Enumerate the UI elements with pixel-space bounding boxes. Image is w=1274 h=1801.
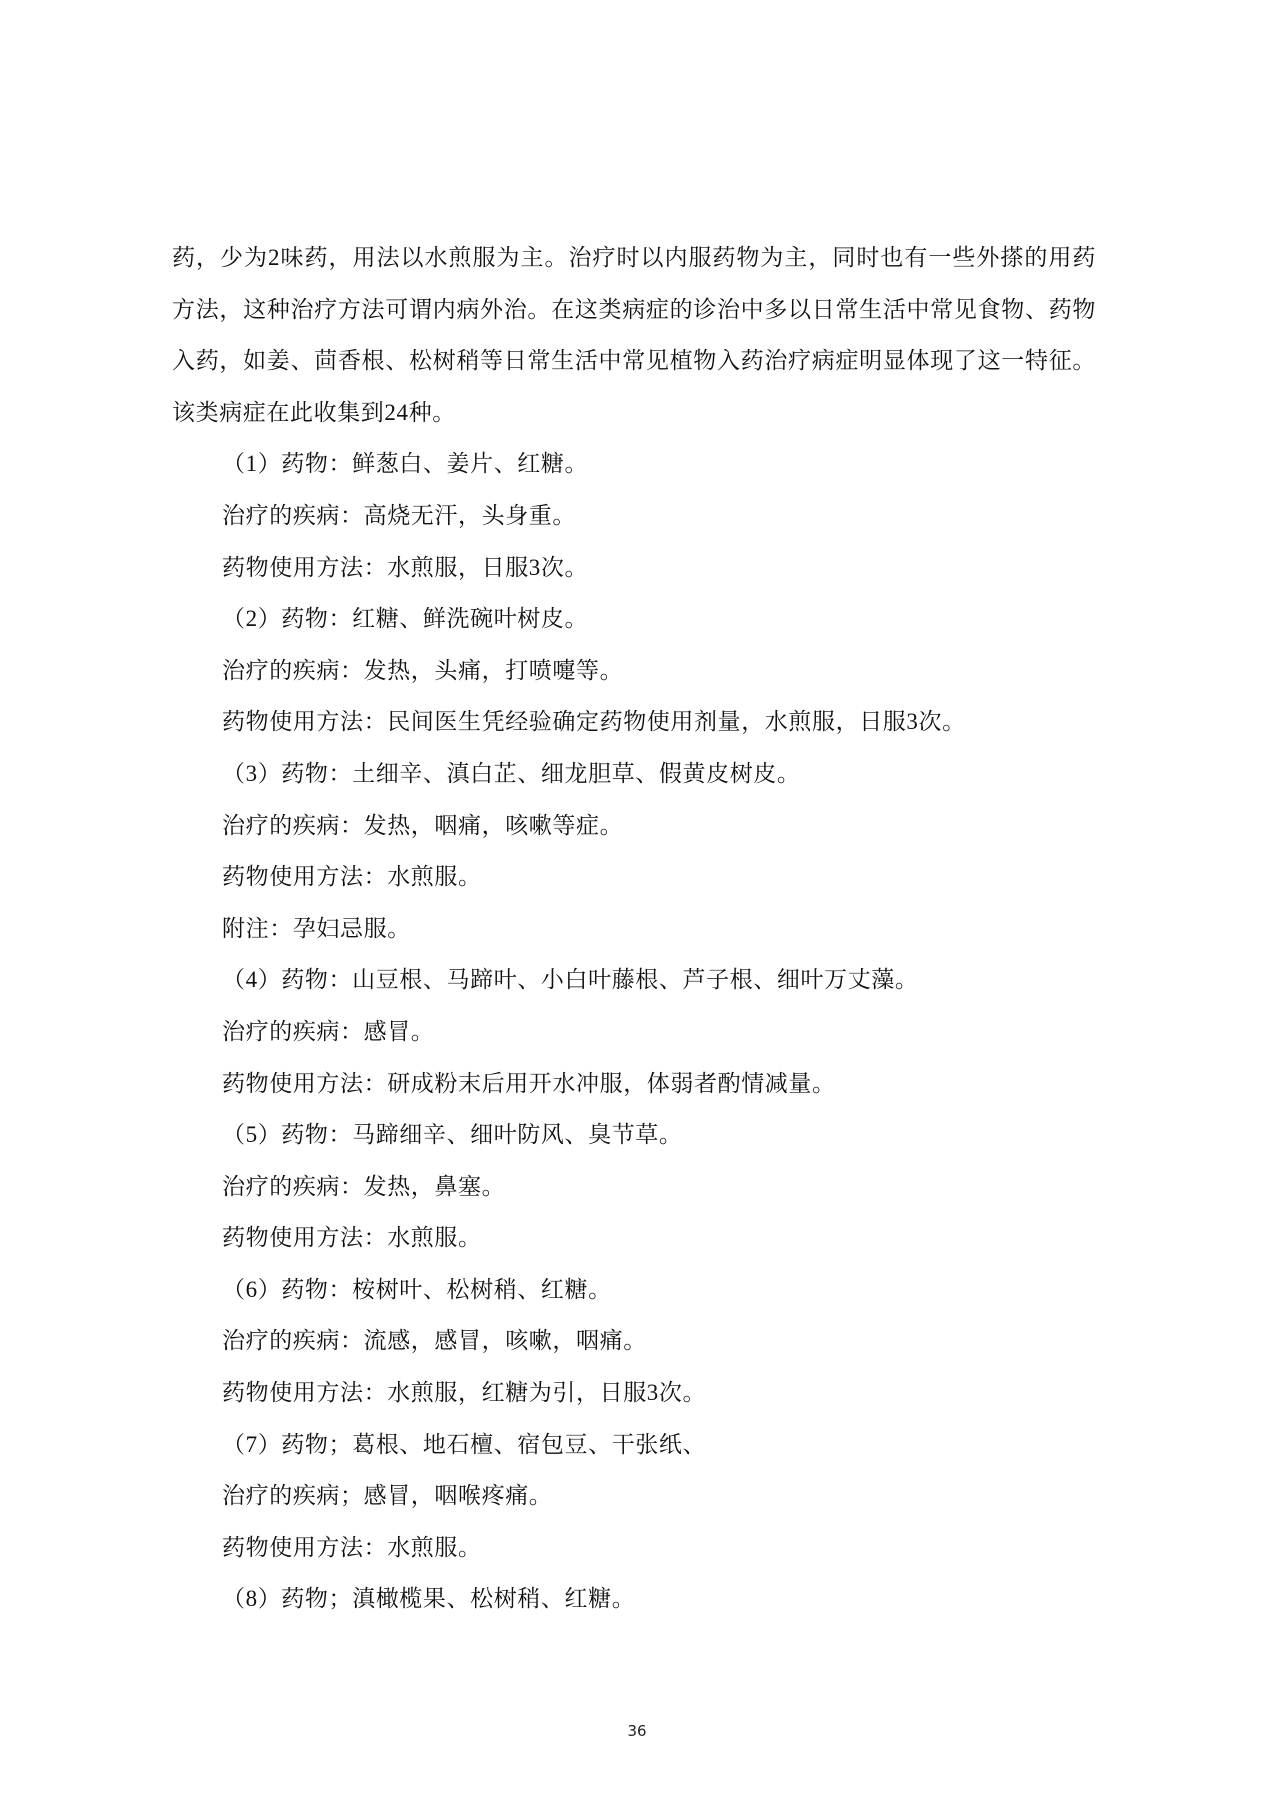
entry-3-usage: 药物使用方法：水煎服。 xyxy=(172,851,1096,903)
entry-4-disease: 治疗的疾病：感冒。 xyxy=(172,1006,1096,1058)
body-text: 药，少为2味药，用法以水煎服为主。治疗时以内服药物为主，同时也有一些外搽的用药方… xyxy=(172,232,1096,1625)
entry-6-medicine: （6）药物：桉树叶、松树稍、红糖。 xyxy=(172,1264,1096,1316)
entry-3-disease: 治疗的疾病：发热，咽痛，咳嗽等症。 xyxy=(172,800,1096,852)
entry-1-disease: 治疗的疾病：高烧无汗，头身重。 xyxy=(172,490,1096,542)
entry-1-usage: 药物使用方法：水煎服，日服3次。 xyxy=(172,542,1096,594)
entry-2-usage: 药物使用方法：民间医生凭经验确定药物使用剂量，水煎服，日服3次。 xyxy=(172,696,1096,748)
document-page: 药，少为2味药，用法以水煎服为主。治疗时以内服药物为主，同时也有一些外搽的用药方… xyxy=(0,0,1274,1801)
entry-1-medicine: （1）药物：鲜葱白、姜片、红糖。 xyxy=(172,438,1096,490)
entry-8-medicine: （8）药物；滇橄榄果、松树稍、红糖。 xyxy=(172,1573,1096,1625)
entry-7-disease: 治疗的疾病；感冒，咽喉疼痛。 xyxy=(172,1470,1096,1522)
entry-2-disease: 治疗的疾病：发热，头痛，打喷嚏等。 xyxy=(172,645,1096,697)
entry-6-usage: 药物使用方法：水煎服，红糖为引，日服3次。 xyxy=(172,1367,1096,1419)
entry-7-usage: 药物使用方法：水煎服。 xyxy=(172,1522,1096,1574)
entry-4-medicine: （4）药物：山豆根、马蹄叶、小白叶藤根、芦子根、细叶万丈藻。 xyxy=(172,954,1096,1006)
entry-5-medicine: （5）药物：马蹄细辛、细叶防风、臭节草。 xyxy=(172,1109,1096,1161)
entry-3-medicine: （3）药物：土细辛、滇白芷、细龙胆草、假黄皮树皮。 xyxy=(172,748,1096,800)
entry-4-usage: 药物使用方法：研成粉末后用开水冲服，体弱者酌情减量。 xyxy=(172,1058,1096,1110)
entry-7-medicine: （7）药物；葛根、地石檀、宿包豆、干张纸、 xyxy=(172,1419,1096,1471)
entry-2-medicine: （2）药物：红糖、鲜洗碗叶树皮。 xyxy=(172,593,1096,645)
page-number: 36 xyxy=(0,1722,1274,1740)
entry-5-disease: 治疗的疾病：发热，鼻塞。 xyxy=(172,1161,1096,1213)
entry-5-usage: 药物使用方法：水煎服。 xyxy=(172,1212,1096,1264)
intro-paragraph: 药，少为2味药，用法以水煎服为主。治疗时以内服药物为主，同时也有一些外搽的用药方… xyxy=(172,232,1096,438)
entry-3-note: 附注：孕妇忌服。 xyxy=(172,903,1096,955)
entry-6-disease: 治疗的疾病：流感，感冒，咳嗽，咽痛。 xyxy=(172,1315,1096,1367)
